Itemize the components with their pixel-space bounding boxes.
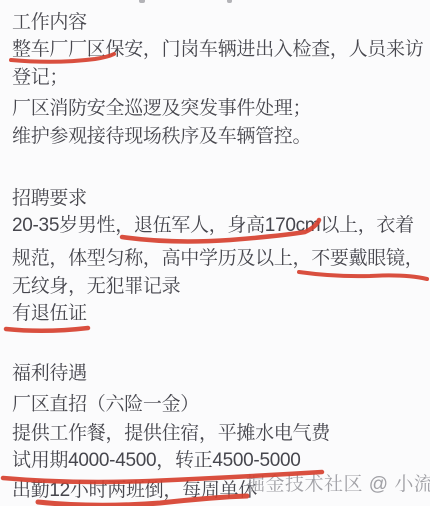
text-line: 出勤12小时两班倒，每周单休: [12, 477, 257, 505]
text-line: 规范，体型匀称，高中学历及以上，不要戴眼镜，: [12, 245, 423, 273]
text-line: 登记；: [12, 64, 68, 92]
red-underline-annotation: [6, 328, 88, 331]
text-line: 有退伍证: [12, 300, 87, 328]
text-line: 厂区消防安全巡逻及突发事件处理；: [12, 95, 311, 123]
section-title-benefits: 福利待遇: [12, 360, 87, 388]
text-line: 整车厂厂区保安，门岗车辆进出入检查，人员来访: [12, 36, 423, 64]
text-line: 维护参观接待现场秩序及车辆管控。: [12, 123, 311, 151]
watermark-text: 掘金技术社区 @ 小流苏生: [246, 471, 430, 499]
section-title-work-content: 工作内容: [12, 9, 87, 37]
text-line: 无纹身，无犯罪记录: [12, 273, 180, 301]
job-posting-image: 工作内容 整车厂厂区保安，门岗车辆进出入检查，人员来访 登记； 厂区消防安全巡逻…: [0, 0, 430, 506]
section-title-requirements: 招聘要求: [12, 185, 87, 213]
text-line: 提供工作餐，提供住宿，平摊水电气费: [12, 420, 330, 448]
text-line: 厂区直招（六险一金）: [12, 391, 199, 419]
cropped-text-fragment: [139, 0, 145, 3]
text-line: 20-35岁男性，退伍军人，身高170cm以上，衣着: [12, 212, 414, 240]
red-underline-annotation: [299, 272, 427, 279]
cropped-text-fragment: [227, 0, 232, 3]
